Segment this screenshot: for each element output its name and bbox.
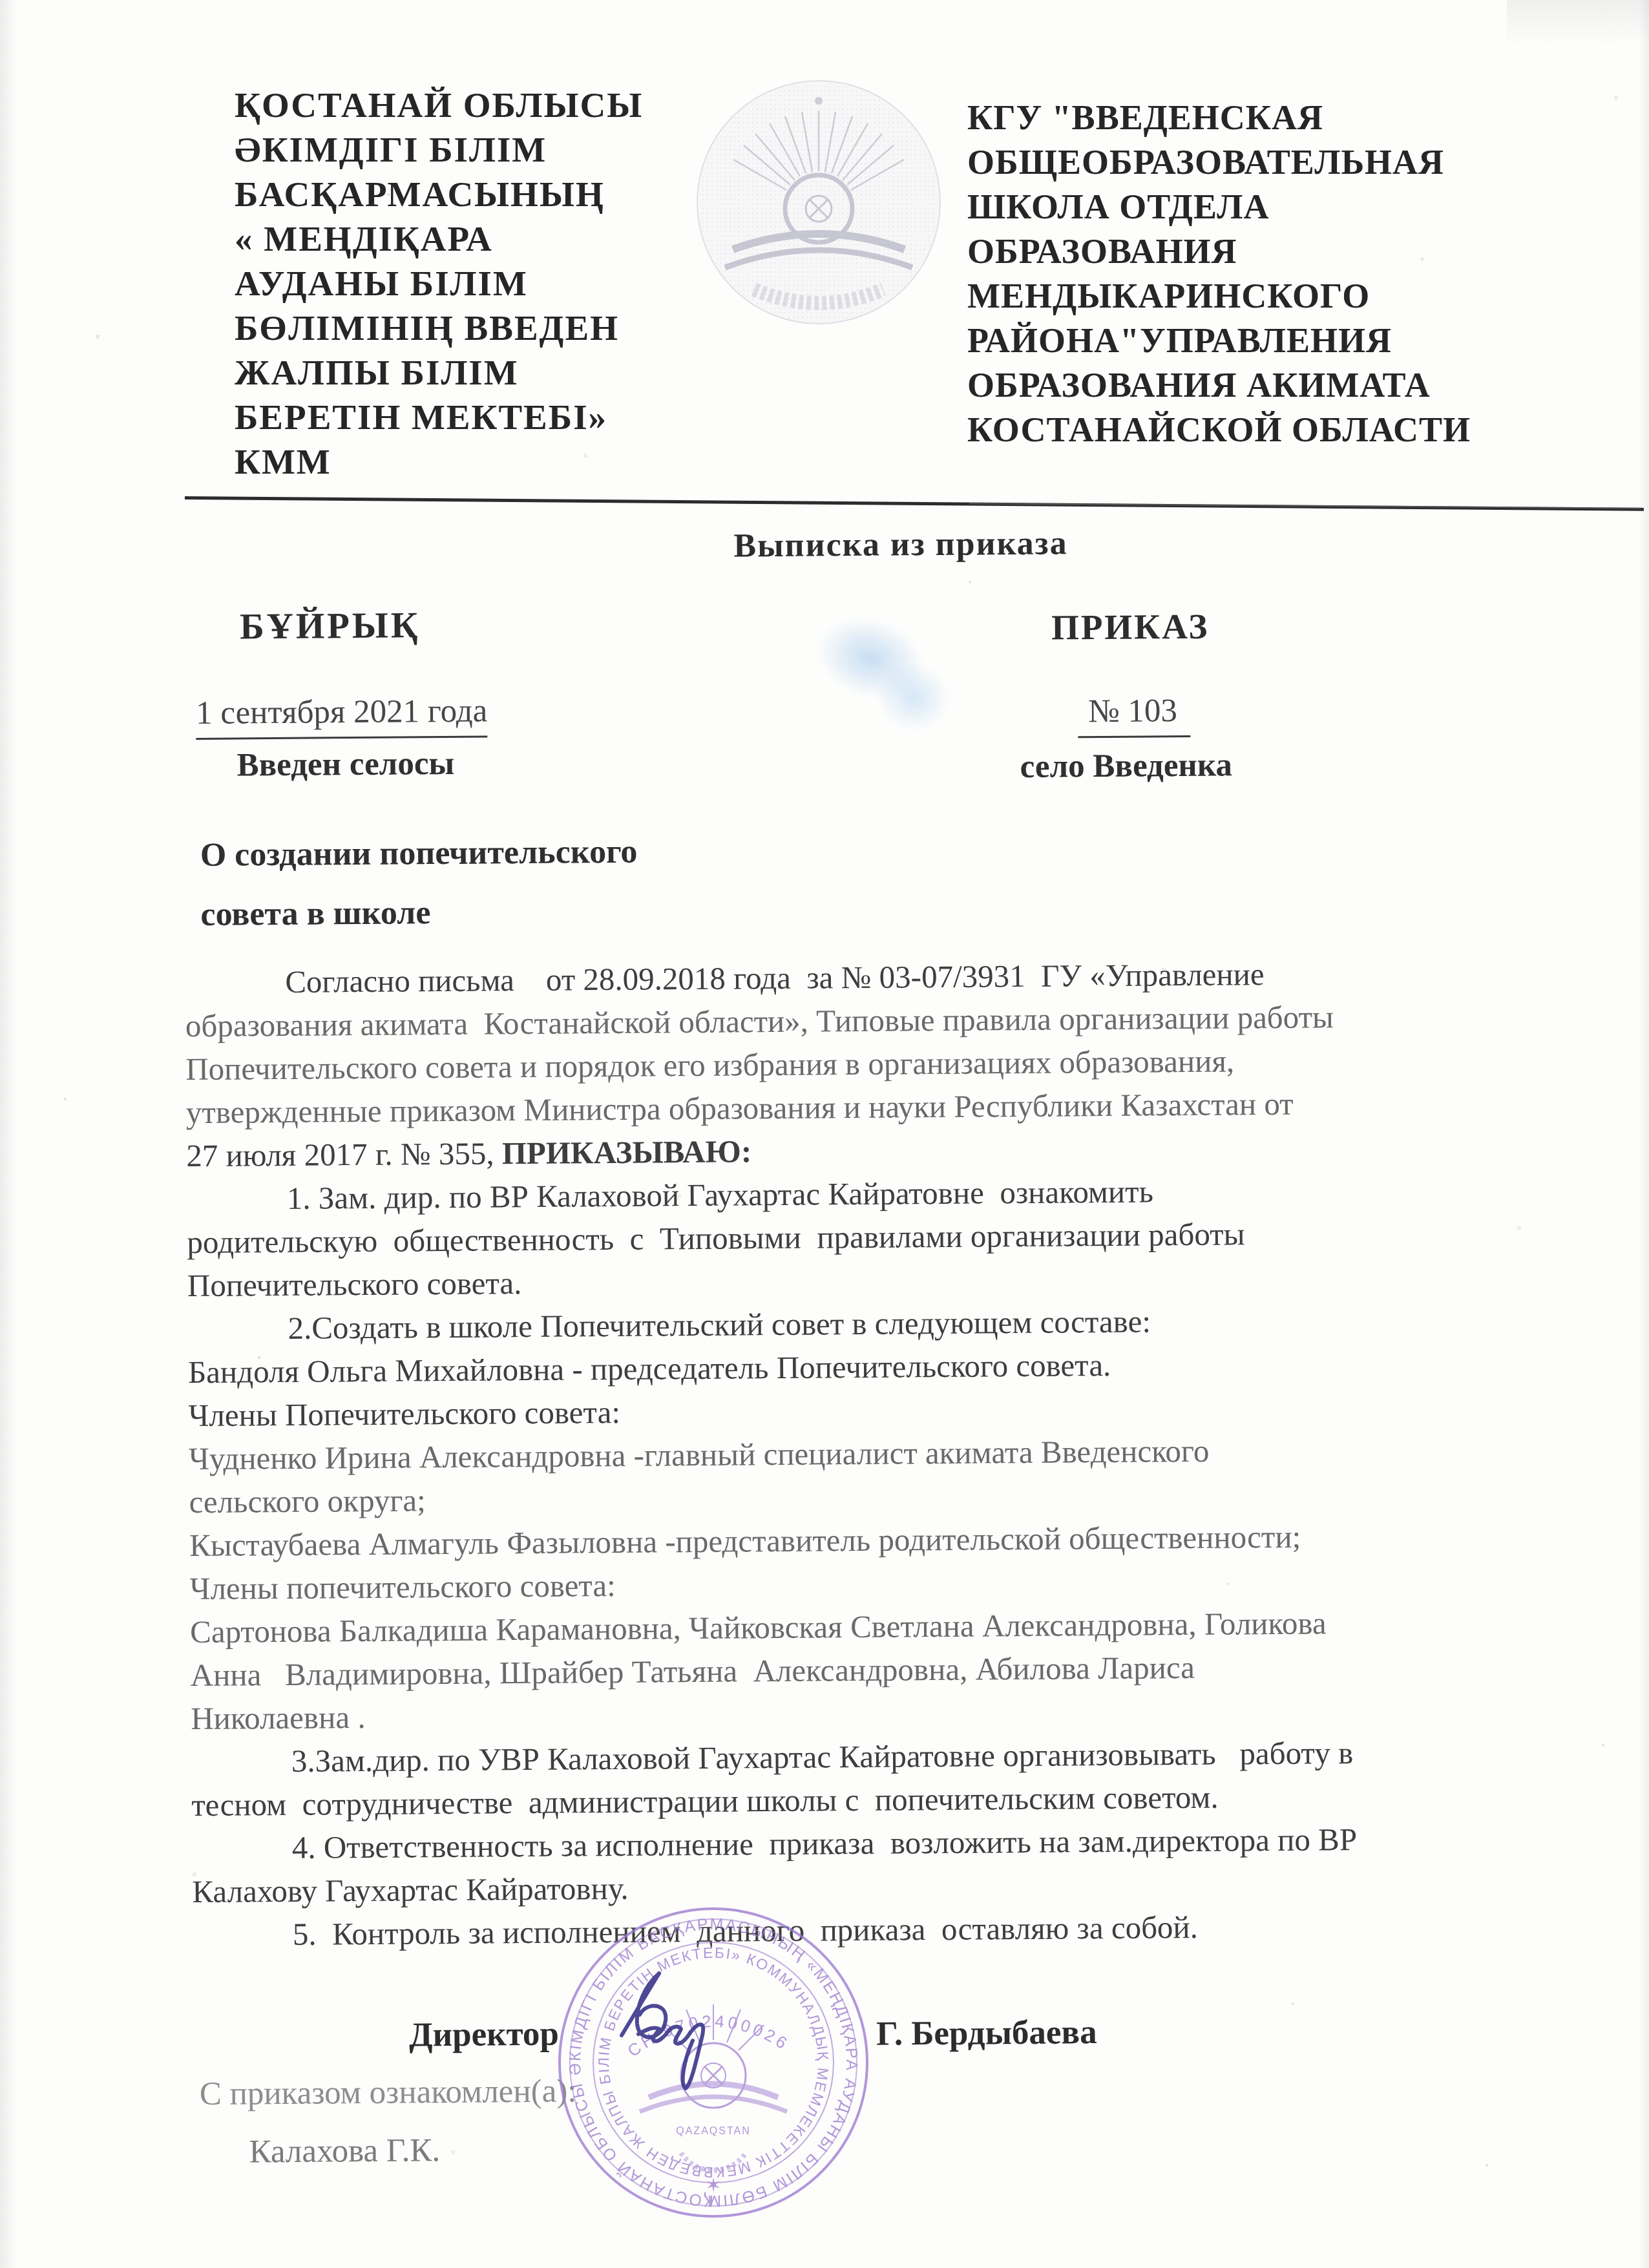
stamp-banner-text: QAZAQSTAN <box>676 2126 751 2137</box>
director-label: Директор <box>409 2015 559 2055</box>
order-subject: О создании попечительского совета в школ… <box>200 823 638 945</box>
order-body: Согласно письма от 28.09.2018 года за № … <box>185 950 1604 1957</box>
acknowledgement-label: С приказом ознакомлен(а): <box>200 2072 577 2113</box>
order-label-ru: ПРИКАЗ <box>1051 606 1210 648</box>
signature-icon <box>582 1957 737 2105</box>
order-label-kk: БҰЙРЫҚ <box>240 604 421 647</box>
acknowledgement-name: Калахова Г.К. <box>249 2132 440 2170</box>
order-subject-line: О создании попечительского <box>200 823 637 885</box>
order-date: 1 сентября 2021 года <box>196 692 488 740</box>
order-subject-line: совета в школе <box>200 882 638 945</box>
order-place-kk: Введен селосы <box>236 745 454 784</box>
order-number: № 103 <box>1078 692 1190 738</box>
body-line-text: 27 июля 2017 г. № 355, <box>186 1135 502 1173</box>
body-line-keyword: ПРИКАЗЫВАЮ: <box>502 1133 752 1171</box>
document-title: Выписка из приказа <box>733 524 1068 565</box>
order-place-ru: село Введенка <box>1020 746 1232 786</box>
document-page: ҚОСТАНАЙ ОБЛЫСЫ ӘКІМДІГІ БІЛІМ БАСҚАРМАС… <box>0 0 1649 2268</box>
stamp-star-glyph: ✶ <box>705 2175 721 2196</box>
director-name: Г. Бердыбаева <box>876 2013 1097 2053</box>
